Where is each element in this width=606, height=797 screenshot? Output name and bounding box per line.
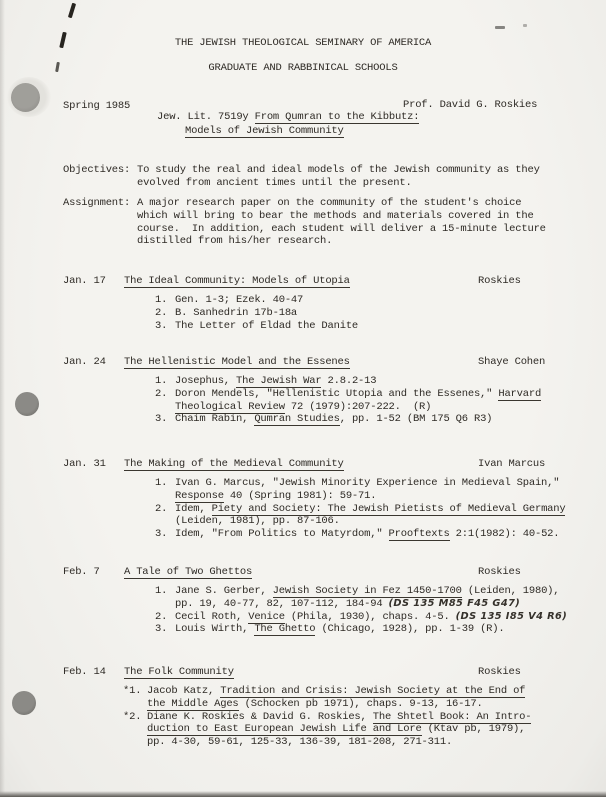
objectives-label: Objectives: xyxy=(63,164,137,190)
item-text: Doron Mendels, "Hellenistic Utopia and t… xyxy=(175,388,598,414)
session-title: The Hellenistic Model and the Essenes xyxy=(124,356,350,369)
reading-item: 2.Cecil Roth, Venice (Phila, 1930), chap… xyxy=(155,611,598,624)
session-instructor: Roskies xyxy=(478,275,521,288)
reading-item: 1.Gen. 1-3; Ezek. 40-47 xyxy=(155,294,598,307)
session-header: Feb. 7A Tale of Two GhettosRoskies xyxy=(63,566,598,579)
item-segment: Jacob Katz, xyxy=(147,685,220,697)
syllabus-page: THE JEWISH THEOLOGICAL SEMINARY OF AMERI… xyxy=(0,0,606,797)
session-header: Jan. 31The Making of the Medieval Commun… xyxy=(63,458,598,471)
item-segment: (Schocken pb 1971), chaps. 9-13, 16-17. xyxy=(239,698,483,710)
session-date: Feb. 14 xyxy=(63,666,124,679)
item-marker: 2. xyxy=(155,388,175,414)
item-text: Diane K. Roskies & David G. Roskies, The… xyxy=(147,711,598,749)
ink-smudge xyxy=(523,24,527,27)
session-title: A Tale of Two Ghettos xyxy=(124,566,252,579)
pen-mark xyxy=(68,3,76,19)
reading-item: 1.Josephus, The Jewish War 2.8.2-13 xyxy=(155,375,598,388)
item-segment: Qumran Studies xyxy=(254,413,339,426)
item-text: Idem, "From Politics to Matyrdom," Proof… xyxy=(175,528,598,541)
item-segment: , pp. 1-52 (BM 175 Q6 R3) xyxy=(340,413,493,425)
reading-list: 1.Ivan G. Marcus, "Jewish Minority Exper… xyxy=(63,477,598,541)
professor-name: Prof. David G. Roskies xyxy=(403,99,537,112)
item-segment: Chaim Rabin, xyxy=(175,413,254,425)
item-text: Jane S. Gerber, Jewish Society in Fez 14… xyxy=(175,585,598,611)
session-date: Jan. 24 xyxy=(63,356,124,369)
item-segment: Gen. 1-3; Ezek. 40-47 xyxy=(175,294,303,306)
item-segment: Diane K. Roskies & David G. Roskies, xyxy=(147,711,373,723)
item-segment: Josephus, xyxy=(175,375,236,387)
assignment-text: A major research paper on the community … xyxy=(137,197,573,248)
session: Jan. 24The Hellenistic Model and the Ess… xyxy=(63,356,598,426)
item-text: B. Sanhedrin 17b-18a xyxy=(175,307,598,320)
objectives-text: To study the real and ideal models of th… xyxy=(137,164,573,190)
item-segment: Idem, xyxy=(175,503,212,515)
course-title-part2: Models of Jewish Community xyxy=(185,125,344,138)
reading-item: 3.The Letter of Eldad the Danite xyxy=(155,320,598,333)
item-segment: Venice xyxy=(248,611,285,624)
item-segment: Jane S. Gerber, xyxy=(175,585,273,597)
item-text: Chaim Rabin, Qumran Studies, pp. 1-52 (B… xyxy=(175,413,598,426)
reading-item: 3.Chaim Rabin, Qumran Studies, pp. 1-52 … xyxy=(155,413,598,426)
reading-item: 3.Idem, "From Politics to Matyrdom," Pro… xyxy=(155,528,598,541)
session-title: The Folk Community xyxy=(124,666,234,679)
session-instructor: Shaye Cohen xyxy=(478,356,545,369)
item-text: Josephus, The Jewish War 2.8.2-13 xyxy=(175,375,598,388)
session-header: Feb. 14The Folk CommunityRoskies xyxy=(63,666,598,679)
reading-item: 2.B. Sanhedrin 17b-18a xyxy=(155,307,598,320)
item-marker: 1. xyxy=(155,294,175,307)
item-marker: 2. xyxy=(155,307,175,320)
division-name: GRADUATE AND RABBINICAL SCHOOLS xyxy=(0,62,606,75)
item-segment: Ivan G. Marcus, "Jewish Minority Experie… xyxy=(175,477,559,489)
hole-punch-bottom xyxy=(12,691,36,715)
item-segment: 2:1(1982): 40-52. xyxy=(450,528,560,540)
objectives-section: Objectives: To study the real and ideal … xyxy=(63,164,573,190)
item-segment: Response xyxy=(175,490,224,503)
reading-item: *2.Diane K. Roskies & David G. Roskies, … xyxy=(123,711,598,749)
assignment-section: Assignment: A major research paper on th… xyxy=(63,197,573,248)
item-marker: 2. xyxy=(155,611,175,624)
item-segment: The Jewish War xyxy=(236,375,321,388)
reading-item: *1.Jacob Katz, Tradition and Crisis: Jew… xyxy=(123,685,598,711)
ink-smudge xyxy=(495,26,505,29)
item-text: Idem, Piety and Society: The Jewish Piet… xyxy=(175,503,598,529)
item-marker: 3. xyxy=(155,623,175,636)
item-segment: 40 (Spring 1981): 59-71. xyxy=(224,490,377,502)
session-date: Feb. 7 xyxy=(63,566,124,579)
session-title: The Making of the Medieval Community xyxy=(124,458,344,471)
reading-item: 1.Jane S. Gerber, Jewish Society in Fez … xyxy=(155,585,598,611)
session: Jan. 31The Making of the Medieval Commun… xyxy=(63,458,598,541)
session-title: The Ideal Community: Models of Utopia xyxy=(124,275,350,288)
item-text: Cecil Roth, Venice (Phila, 1930), chaps.… xyxy=(175,611,598,624)
item-text: Louis Wirth, The Ghetto (Chicago, 1928),… xyxy=(175,623,598,636)
session: Jan. 17The Ideal Community: Models of Ut… xyxy=(63,275,598,332)
term-label: Spring 1985 xyxy=(63,100,130,113)
item-segment: 72 (1979):207-222. (R) xyxy=(285,401,431,413)
course-title-part1: From Qumran to the Kibbutz: xyxy=(255,111,420,124)
reading-item: 1.Ivan G. Marcus, "Jewish Minority Exper… xyxy=(155,477,598,503)
course-title-line2: Models of Jewish Community xyxy=(185,125,344,138)
item-segment: Idem, "From Politics to Matyrdom," xyxy=(175,528,389,540)
item-marker: *2. xyxy=(123,711,147,749)
item-segment: Jewish Society in Fez 1450-1700 xyxy=(273,585,462,598)
item-segment: Doron Mendels, "Hellenistic Utopia and t… xyxy=(175,388,498,400)
session-header: Jan. 24The Hellenistic Model and the Ess… xyxy=(63,356,598,369)
item-segment: (Phila, 1930), chaps. 4-5. xyxy=(285,611,456,623)
item-segment: Piety and Society: The Jewish Pietists o… xyxy=(212,503,566,516)
session-date: Jan. 31 xyxy=(63,458,124,471)
hole-punch-middle xyxy=(15,392,39,416)
item-marker: 1. xyxy=(155,585,175,611)
item-text: Ivan G. Marcus, "Jewish Minority Experie… xyxy=(175,477,598,503)
item-segment: Cecil Roth, xyxy=(175,611,248,623)
session-date: Jan. 17 xyxy=(63,275,124,288)
reading-item: 3.Louis Wirth, The Ghetto (Chicago, 1928… xyxy=(155,623,598,636)
item-segment: Louis Wirth, xyxy=(175,623,254,635)
reading-list: 1.Jane S. Gerber, Jewish Society in Fez … xyxy=(63,585,598,636)
item-marker: 1. xyxy=(155,375,175,388)
item-segment: (Leiden, 1981), pp. 87-106. xyxy=(175,515,340,527)
scan-edge-left xyxy=(0,0,5,797)
item-segment: The Letter of Eldad the Danite xyxy=(175,320,358,332)
course-title-line1: Jew. Lit. 7519y From Qumran to the Kibbu… xyxy=(157,111,419,124)
item-marker: 1. xyxy=(155,477,175,503)
session: Feb. 14The Folk CommunityRoskies*1.Jacob… xyxy=(63,666,598,749)
hole-punch-top xyxy=(11,83,40,112)
session-instructor: Roskies xyxy=(478,566,521,579)
reading-list: *1.Jacob Katz, Tradition and Crisis: Jew… xyxy=(63,685,598,749)
handwritten-call-number: (DS 135 I85 V4 R6) xyxy=(456,611,567,622)
institution-name: THE JEWISH THEOLOGICAL SEMINARY OF AMERI… xyxy=(0,37,606,50)
item-marker: 3. xyxy=(155,413,175,426)
item-segment: The Ghetto xyxy=(254,623,315,636)
session-instructor: Ivan Marcus xyxy=(478,458,545,471)
handwritten-call-number: (DS 135 M85 F45 G47) xyxy=(389,598,521,609)
item-segment: B. Sanhedrin 17b-18a xyxy=(175,307,297,319)
item-marker: 3. xyxy=(155,320,175,333)
assignment-label: Assignment: xyxy=(63,197,137,248)
item-segment: 2.8.2-13 xyxy=(321,375,376,387)
session: Feb. 7A Tale of Two GhettosRoskies1.Jane… xyxy=(63,566,598,636)
item-segment: (Chicago, 1928), pp. 1-39 (R). xyxy=(315,623,504,635)
session-header: Jan. 17The Ideal Community: Models of Ut… xyxy=(63,275,598,288)
reading-list: 1.Gen. 1-3; Ezek. 40-472.B. Sanhedrin 17… xyxy=(63,294,598,332)
item-text: Jacob Katz, Tradition and Crisis: Jewish… xyxy=(147,685,598,711)
item-text: Gen. 1-3; Ezek. 40-47 xyxy=(175,294,598,307)
scan-edge-bottom xyxy=(0,791,606,797)
reading-list: 1.Josephus, The Jewish War 2.8.2-132.Dor… xyxy=(63,375,598,426)
reading-item: 2.Doron Mendels, "Hellenistic Utopia and… xyxy=(155,388,598,414)
item-marker: *1. xyxy=(123,685,147,711)
item-marker: 3. xyxy=(155,528,175,541)
item-segment: Prooftexts xyxy=(389,528,450,541)
session-instructor: Roskies xyxy=(478,666,521,679)
item-marker: 2. xyxy=(155,503,175,529)
item-text: The Letter of Eldad the Danite xyxy=(175,320,598,333)
reading-item: 2.Idem, Piety and Society: The Jewish Pi… xyxy=(155,503,598,529)
course-code: Jew. Lit. 7519y xyxy=(157,111,255,123)
